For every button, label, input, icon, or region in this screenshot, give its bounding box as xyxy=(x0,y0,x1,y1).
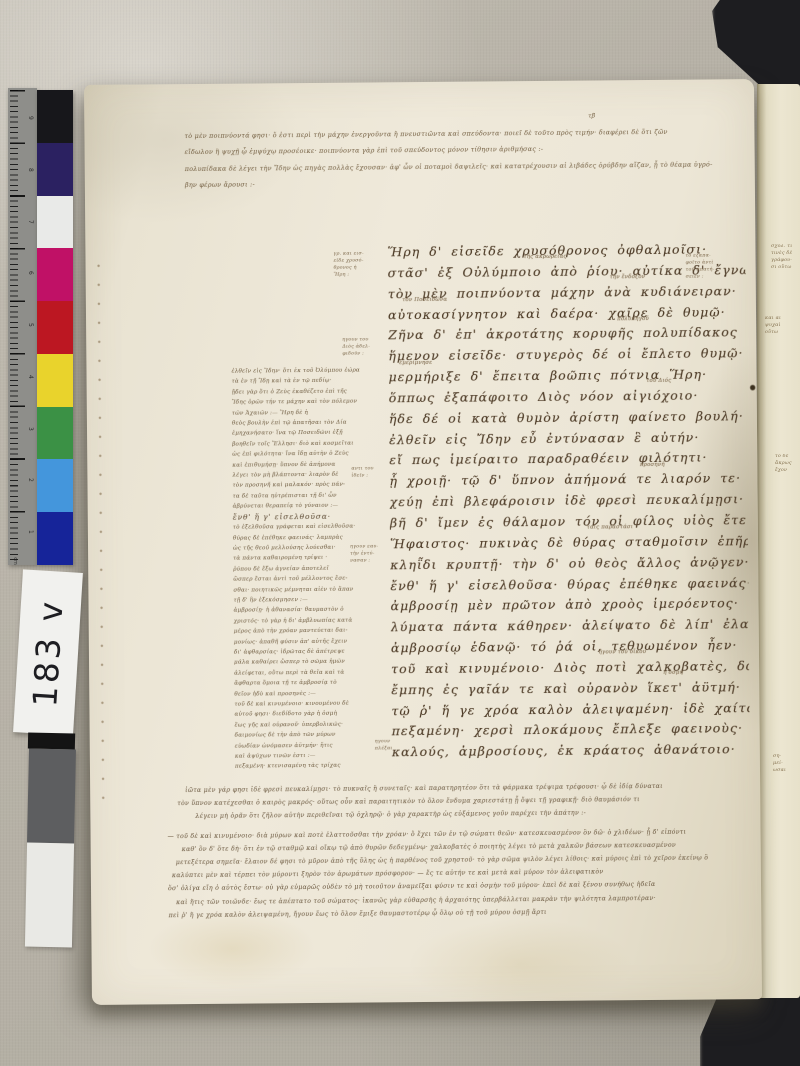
note-line: φιδοῦν : xyxy=(342,351,392,358)
note-line: Ἥρη : xyxy=(334,272,386,279)
note-line: τινὲς δὲ xyxy=(771,251,800,258)
note-line: νασαν : xyxy=(350,558,396,565)
interlinear-gloss: τῆς ἀκρωρείας xyxy=(524,254,567,260)
color-chip xyxy=(37,196,73,249)
color-calibration-bar xyxy=(37,90,73,565)
note-line: μεί- xyxy=(773,761,800,768)
interlinear-gloss: πολυπηγοῦ xyxy=(617,316,649,322)
main-text-iliad-14: Ἥρη δ' εἰσεῖδε χρυσόθρονος ὀφθαλμοῖσι·›σ… xyxy=(387,239,750,763)
folio-label: 183 v xyxy=(13,569,83,735)
interlinear-gloss: ταῖς παραστάσι xyxy=(587,524,633,530)
note-line: ση- xyxy=(773,754,800,761)
interlinear-gloss: ἐμερίμνησε xyxy=(399,359,432,365)
recto-margin-note: ση-μεί-ωσαι xyxy=(773,754,800,775)
color-chip xyxy=(37,301,73,354)
grayscale-segment-white xyxy=(25,843,74,948)
color-chip xyxy=(37,90,73,143)
intercolumn-gloss-e: ἤγουνπλέξαι xyxy=(375,739,411,753)
note-line: σειεν : xyxy=(686,274,738,281)
intercolumn-gloss-c: ἀντὶ τοῦἰδεῖν : xyxy=(351,466,395,480)
interlinear-gloss: ἡ ὀσμή xyxy=(663,670,683,676)
note-line: τὸ δὲ xyxy=(775,454,800,461)
note-line: ἄκρως xyxy=(775,461,800,468)
color-chip xyxy=(37,407,73,460)
note-line: καὶ αἱ xyxy=(765,316,795,323)
wormhole xyxy=(750,384,756,391)
note-line: οὕτω xyxy=(765,330,795,337)
ruler-unit-label: cm xyxy=(12,557,18,565)
note-line: γράφου- xyxy=(771,258,800,265)
color-chip xyxy=(37,354,73,407)
verse-line: καλούς, ἀμβροσίους, ἐκ κράατος ἀθανάτοιο… xyxy=(392,739,750,763)
note-line: πλέξαι xyxy=(375,746,411,753)
interlinear-gloss: τοῦ Διός xyxy=(646,378,671,384)
intercolumn-gloss-d: ἤγουν ἑαυ-τὴν ἐντύ-νασαν : xyxy=(350,544,396,565)
margin-note-a: γρ. καὶ εἰσ-εῖδε χρυσό-θρονος ἡἭρη : xyxy=(333,251,385,279)
note-line: ἰδεῖν : xyxy=(351,473,395,480)
margin-note-b: ἤγουν τοῦΔιὸς ἀδελ-φιδοῦν : xyxy=(342,337,392,358)
scholion-line: ἐλθεῖν εἰς Ἴδην· ὅτι ἐκ τοῦ Ὀλύμπου ἑώρα xyxy=(231,365,379,377)
right-margin-note: τὸ ἐξαπα-φοῖτο ἀντὶτοῦ ἀπατή-σειεν : xyxy=(685,253,737,281)
color-chip xyxy=(37,512,73,565)
scholion-line: πεξαμένη· κτενισαμένη τὰς τρίχας xyxy=(235,761,383,773)
left-scholia-column: ἐλθεῖν εἰς Ἴδην· ὅτι ἐκ τοῦ Ὀλύμπου ἑώρα… xyxy=(231,365,383,772)
color-chip xyxy=(37,248,73,301)
note-line: σχόλ. τι xyxy=(771,244,800,251)
note-line: σι οὕτω xyxy=(771,265,800,272)
interlinear-gloss: προσηνῆ xyxy=(640,462,665,468)
folio-number: 183 v xyxy=(25,597,71,707)
recto-margin-note: τὸ δὲἄκρωςἔχον xyxy=(775,454,800,475)
color-chip xyxy=(37,459,73,512)
interlinear-gloss: τὸν Ποσειδῶνα xyxy=(402,297,447,303)
color-chip xyxy=(37,143,73,196)
note-line: ἔχον xyxy=(775,468,800,475)
bottom-scholia-block: ἰῶτα μὲν γάρ φησι ἰδὲ φρεσὶ πευκαλίμῃσι·… xyxy=(167,779,762,922)
quire-mark: τβ̄ xyxy=(588,112,595,119)
manuscript-page-183v: τβ̄ τὸ μὲν ποιπνύοντά φησι· ὅ ἐστι περὶ … xyxy=(84,79,762,1005)
interlinear-gloss: τὴν ἔνδοξον xyxy=(610,274,646,280)
ruler-numbers: 987654321 xyxy=(24,92,36,558)
grayscale-segment-gray xyxy=(27,749,76,844)
note-line: ψυχαὶ xyxy=(765,323,795,330)
grayscale-segment-black xyxy=(28,733,75,750)
note-line: ωσαι xyxy=(773,768,800,775)
recto-margin-note: σχόλ. τιτινὲς δὲγράφου-σι οὕτω xyxy=(771,244,800,272)
top-scholia-block: τὸ μὲν ποιπνύοντά φησι· ὅ ἐστι περὶ τὴν … xyxy=(184,123,735,193)
calibration-ruler: 987654321 cm xyxy=(8,88,37,565)
pricking-holes xyxy=(97,263,106,811)
interlinear-gloss: ἤγουν τοῦ οἴκου xyxy=(599,649,647,655)
manuscript-photo: { "folio_label": "183 v", "ruler": { "un… xyxy=(0,0,800,1066)
facing-folio-edge: σχόλ. τιτινὲς δὲγράφου-σι οὕτω καὶ αἱψυχ… xyxy=(757,84,800,998)
recto-margin-note: καὶ αἱψυχαὶοὕτω xyxy=(765,316,795,337)
